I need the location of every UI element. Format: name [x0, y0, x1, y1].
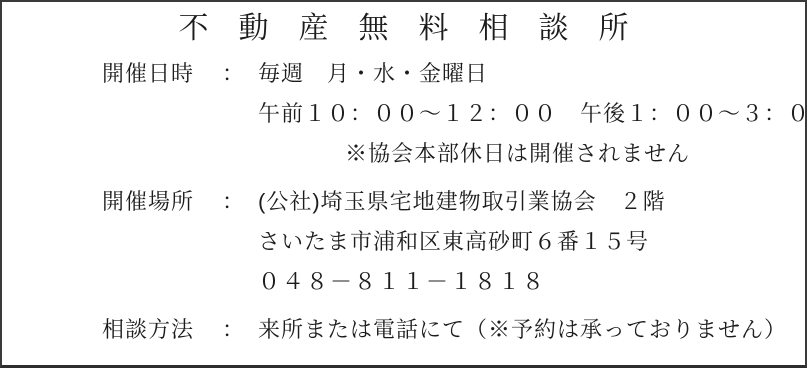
venue-colon: ： — [222, 185, 258, 216]
row-method: 相談方法 ： 来所または電話にて（※予約は承っておりません） — [2, 308, 805, 348]
notice-flyer: 不動産無料相談所 開催日時 ： 毎週 月・水・金曜日 午前１０：００～１２：００… — [0, 0, 810, 380]
venue-address: さいたま市浦和区東高砂町６番１５号 — [258, 225, 805, 256]
row-schedule: 開催日時 ： 毎週 月・水・金曜日 — [2, 52, 805, 92]
notice-border-frame: 不動産無料相談所 開催日時 ： 毎週 月・水・金曜日 午前１０：００～１２：００… — [0, 0, 807, 368]
schedule-holiday-note: ※協会本部休日は開催されません — [258, 137, 805, 168]
row-venue-address: さいたま市浦和区東高砂町６番１５号 — [2, 220, 805, 260]
row-schedule-hours: 午前１０：００～１２：００ 午後１：００～３：００ — [2, 92, 805, 132]
schedule-hours: 午前１０：００～１２：００ 午後１：００～３：００ — [258, 97, 810, 128]
schedule-colon: ： — [222, 57, 258, 88]
venue-name: (公社)埼玉県宅地建物取引業協会 ２階 — [258, 185, 805, 216]
method-label: 相談方法 — [102, 313, 222, 344]
venue-label: 開催場所 — [102, 185, 222, 216]
notice-title: 不動産無料相談所 — [2, 2, 805, 44]
row-venue-phone: ０４８－８１１－１８１８ — [2, 260, 805, 300]
row-venue: 開催場所 ： (公社)埼玉県宅地建物取引業協会 ２階 — [2, 180, 805, 220]
venue-phone-number: ０４８－８１１－１８１８ — [258, 265, 805, 296]
schedule-label: 開催日時 — [102, 57, 222, 88]
method-colon: ： — [222, 313, 258, 344]
method-text: 来所または電話にて（※予約は承っておりません） — [258, 313, 805, 344]
schedule-days: 毎週 月・水・金曜日 — [258, 57, 805, 88]
row-schedule-note: ※協会本部休日は開催されません — [2, 132, 805, 172]
notice-body: 開催日時 ： 毎週 月・水・金曜日 午前１０：００～１２：００ 午後１：００～３… — [2, 52, 805, 348]
